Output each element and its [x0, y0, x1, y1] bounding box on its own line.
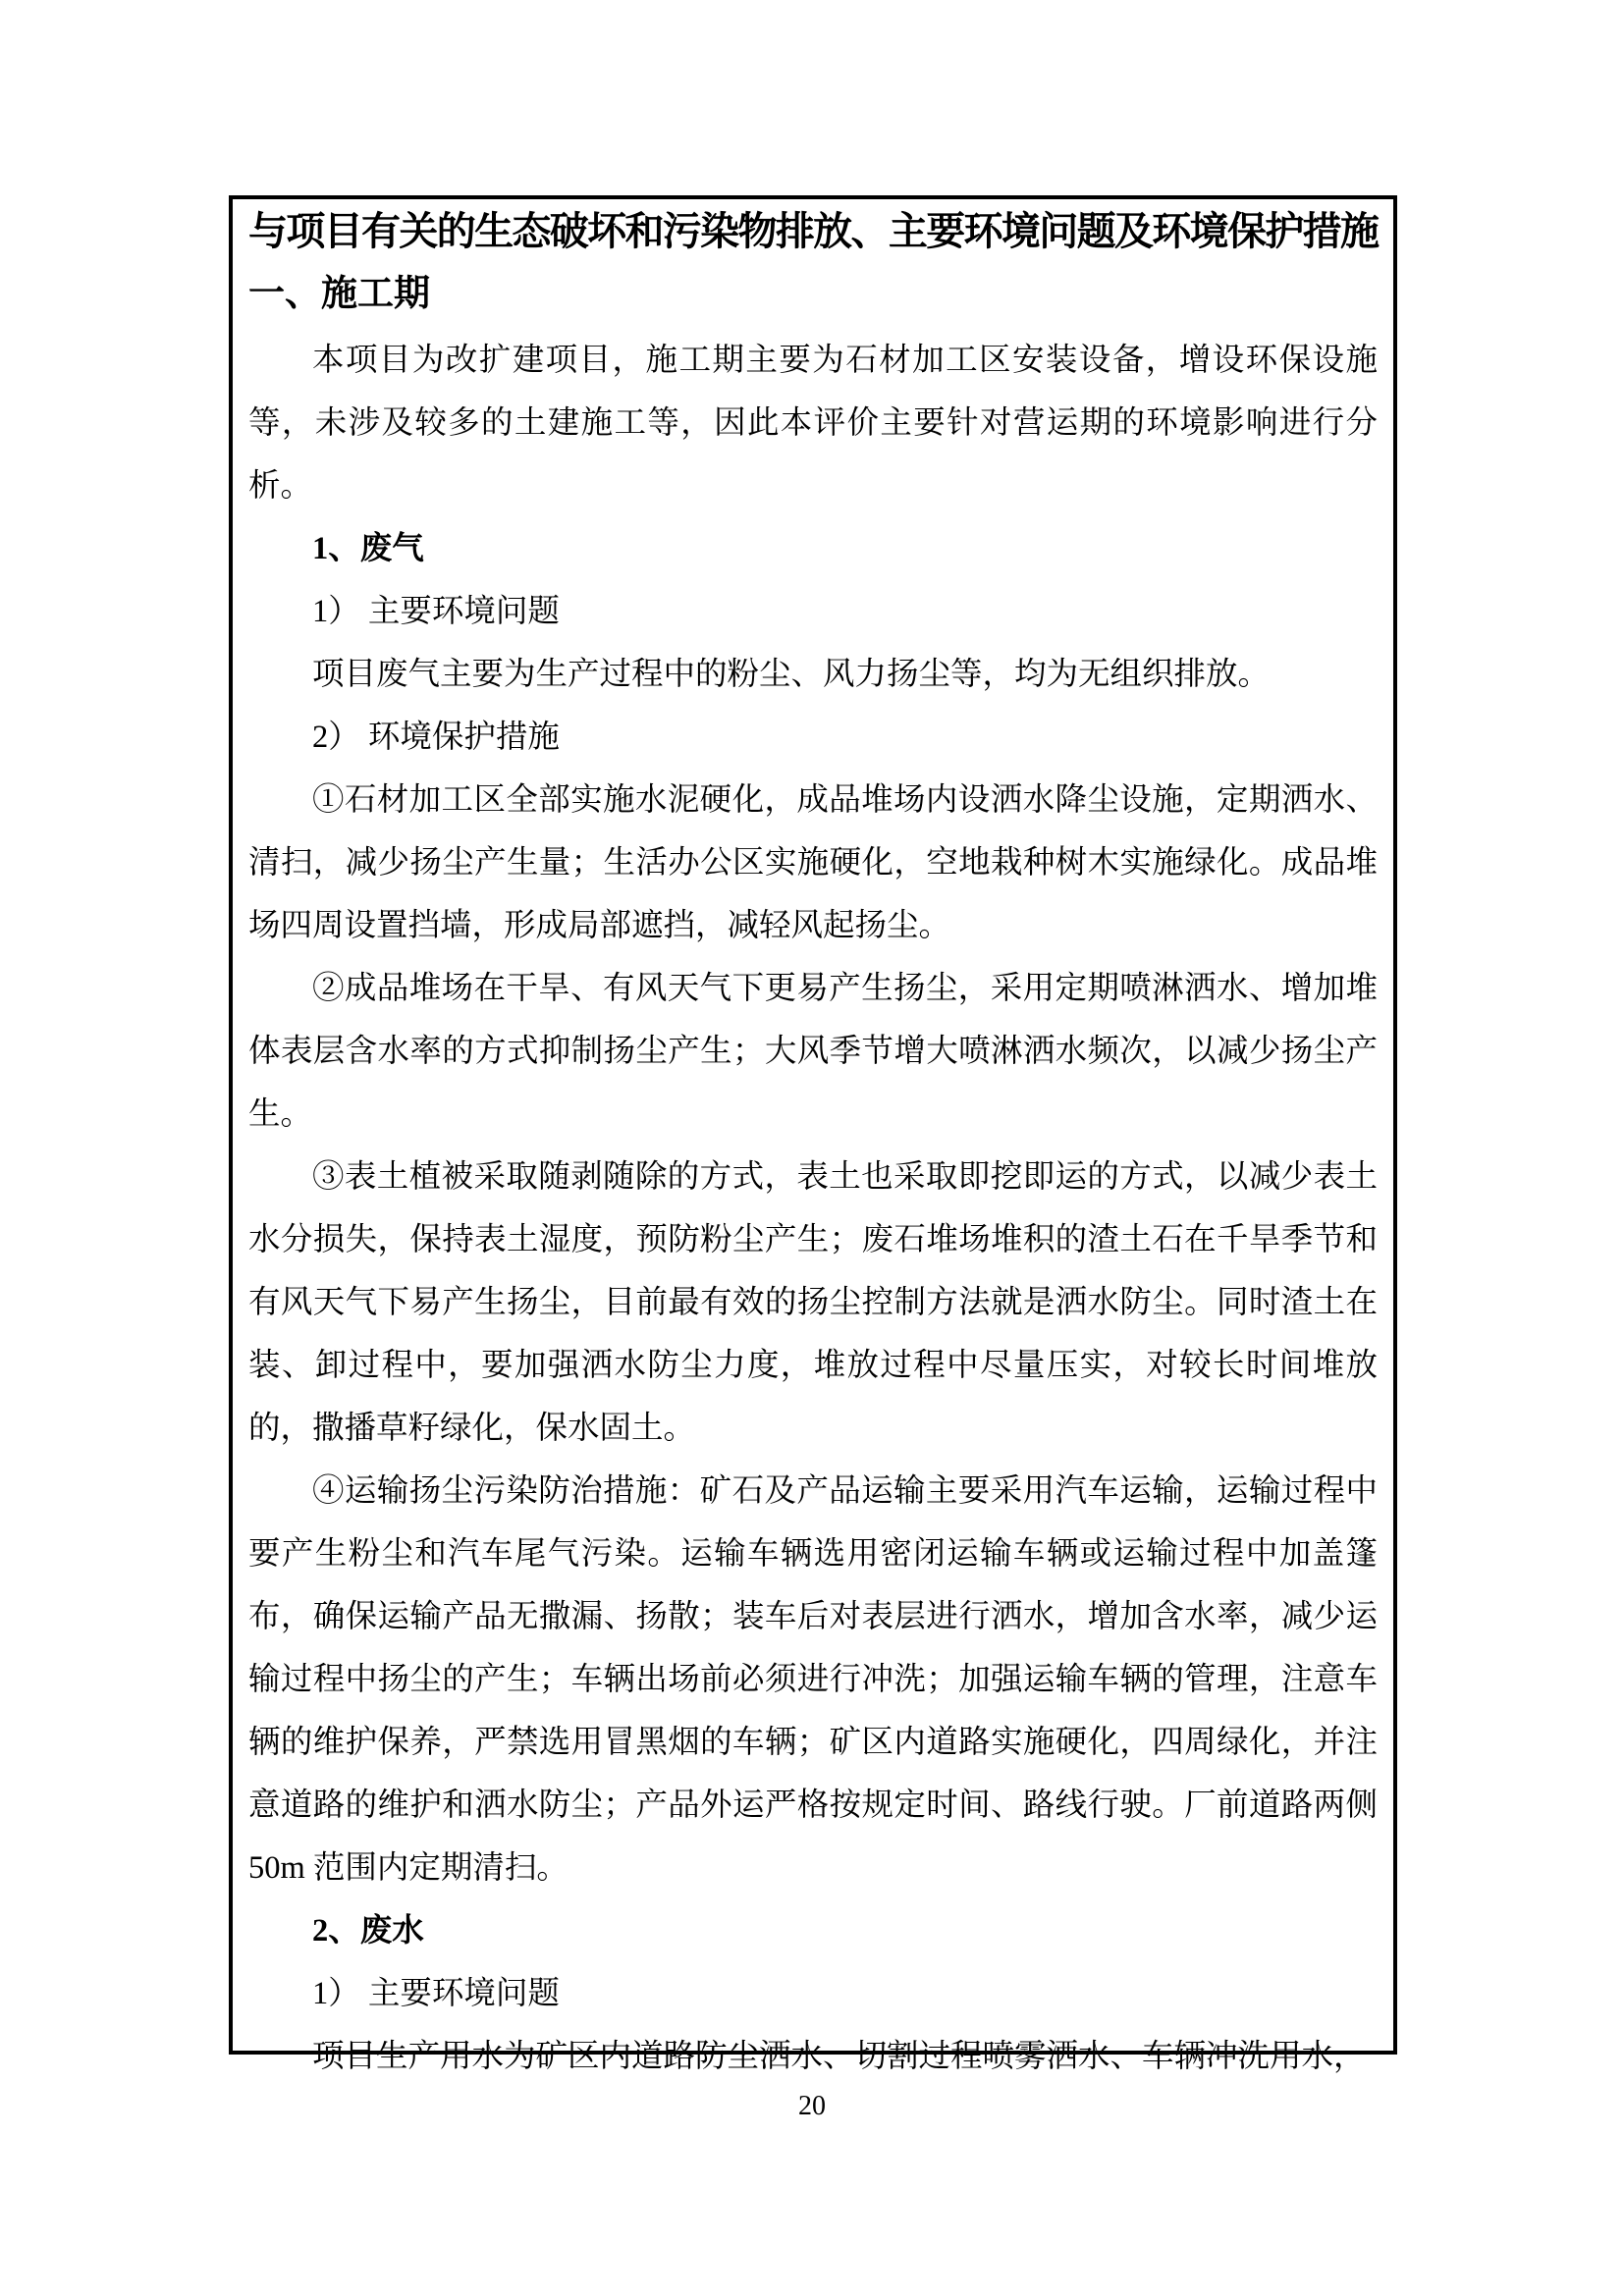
document-page: { "colors": { "text": "#000000", "backgr… — [0, 0, 1624, 2296]
label-main-env-issues-water: 1） 主要环境问题 — [248, 1962, 1378, 2025]
heading-waste-water: 2、废水 — [248, 1899, 1378, 1962]
para-project-overview: 本项目为改扩建项目，施工期主要为石材加工区安装设备，增设环保设施等，未涉及较多的… — [248, 329, 1378, 517]
heading-waste-gas: 1、废气 — [248, 517, 1378, 580]
label-main-env-issues-gas: 1） 主要环境问题 — [248, 580, 1378, 643]
para-measure-1-hardening: ①石材加工区全部实施水泥硬化，成品堆场内设洒水降尘设施，定期洒水、清扫，减少扬尘… — [248, 769, 1378, 957]
para-measure-3-topsoil: ③表土植被采取随剥随除的方式，表土也采取即挖即运的方式，以减少表土水分损失，保持… — [248, 1146, 1378, 1460]
para-waste-gas-issues: 项目废气主要为生产过程中的粉尘、风力扬尘等，均为无组织排放。 — [248, 643, 1378, 706]
heading-construction-period: 一、施工期 — [248, 260, 1378, 329]
table-title: 与项目有关的生态破坏和污染物排放、主要环境问题及环境保护措施 — [248, 203, 1378, 260]
para-measure-4-transport-dust: ④运输扬尘污染防治措施：矿石及产品运输主要采用汽车运输，运输过程中要产生粉尘和汽… — [248, 1460, 1378, 1899]
label-env-protection-measures: 2） 环境保护措施 — [248, 706, 1378, 769]
para-measure-2-stockyard-spray: ②成品堆场在干旱、有风天气下更易产生扬尘，采用定期喷淋洒水、增加堆体表层含水率的… — [248, 957, 1378, 1146]
para-water-usage: 项目生产用水为矿区内道路防尘洒水、切割过程喷雾洒水、车辆冲洗用水， — [248, 2025, 1378, 2088]
page-number: 20 — [0, 2087, 1624, 2126]
report-table-cell: 与项目有关的生态破坏和污染物排放、主要环境问题及环境保护措施 一、施工期 本项目… — [229, 195, 1397, 2055]
